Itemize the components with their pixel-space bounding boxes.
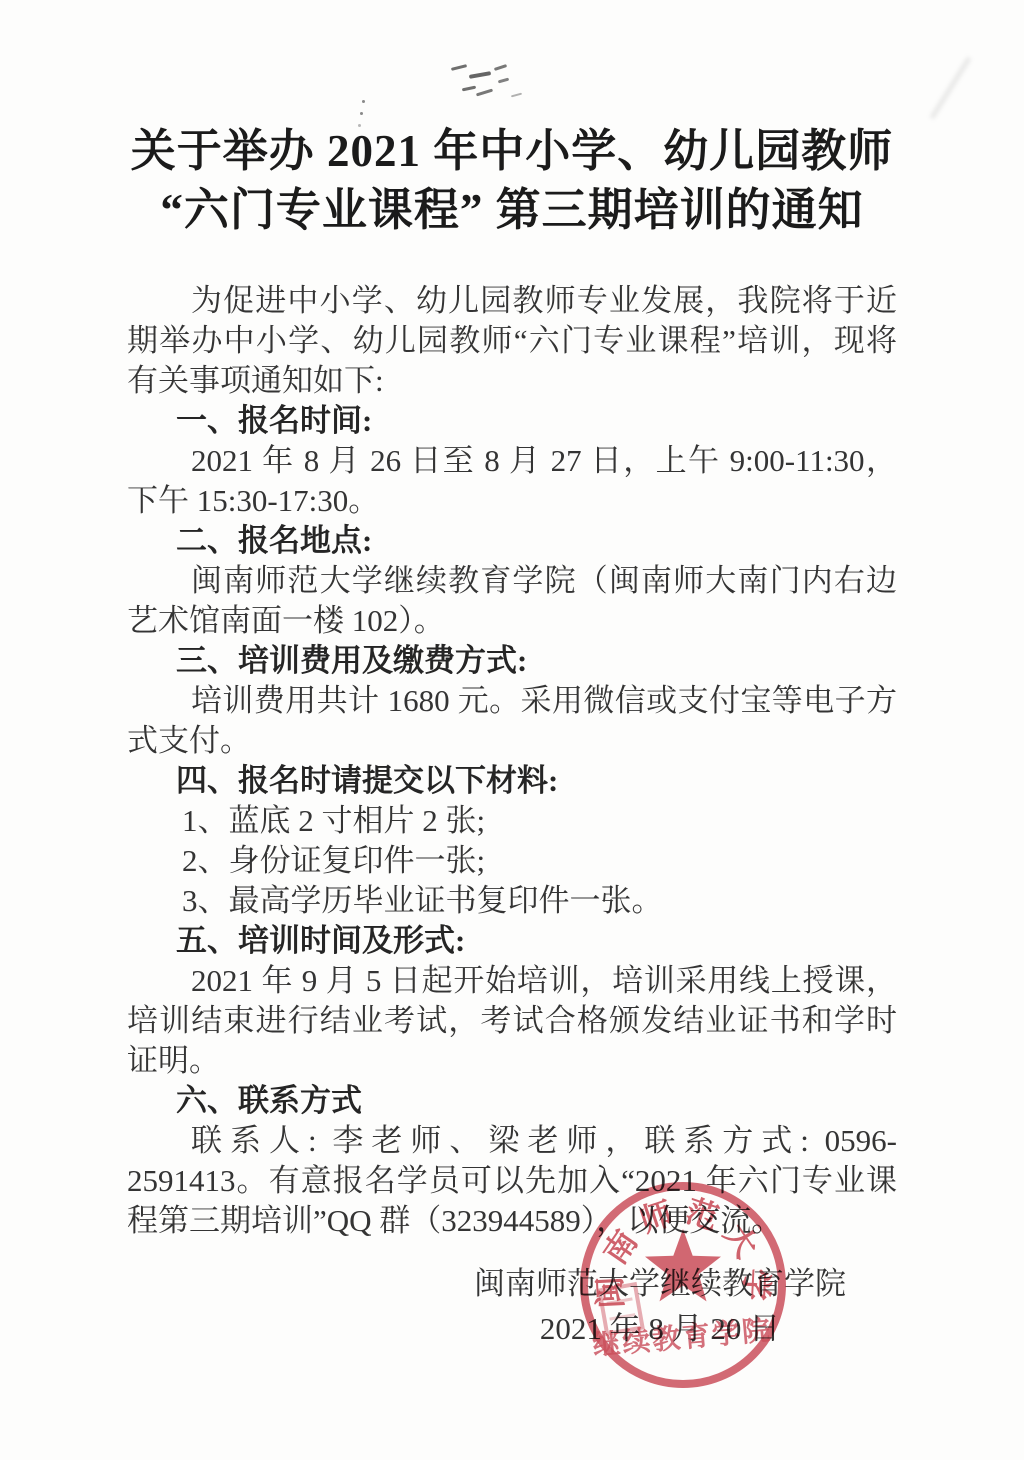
document-title: 关于举办 2021 年中小学、幼儿园教师 “六门专业课程” 第三期培训的通知 <box>0 122 1024 240</box>
intro-paragraph: 为促进中小学、幼儿园教师专业发展，我院将于近期举办中小学、幼儿园教师“六门专业课… <box>127 281 897 401</box>
section-4-heading: 四、报名时请提交以下材料: <box>127 761 897 801</box>
scan-corner-streak <box>929 56 971 120</box>
document-title-line1: 关于举办 2021 年中小学、幼儿园教师 <box>0 122 1024 181</box>
section-5-body: 2021 年 9 月 5 日起开始培训，培训采用线上授课，培训结束进行结业考试，… <box>127 961 897 1081</box>
section-4-item-2: 2、身份证复印件一张; <box>127 841 897 881</box>
scan-dot <box>362 100 365 103</box>
section-4-item-3: 3、最高学历毕业证书复印件一张。 <box>127 881 897 921</box>
scanned-notice-page: 关于举办 2021 年中小学、幼儿园教师 “六门专业课程” 第三期培训的通知 为… <box>0 0 1024 1460</box>
section-2-heading: 二、报名地点: <box>127 521 897 561</box>
scan-smudge <box>494 64 507 71</box>
section-5-heading: 五、培训时间及形式: <box>127 921 897 961</box>
section-3-heading: 三、培训费用及缴费方式: <box>127 641 897 681</box>
section-2-body: 闽南师范大学继续教育学院（闽南师大南门内右边艺术馆南面一楼 102）。 <box>127 561 897 641</box>
seal-bottom-text: 继续教育学院 <box>591 1313 773 1362</box>
official-seal-stamp: 闽南师范大学 继续教育学院 <box>575 1177 791 1393</box>
scan-dot <box>360 112 363 115</box>
section-1-heading: 一、报名时间: <box>127 401 897 441</box>
section-3-body: 培训费用共计 1680 元。采用微信或支付宝等电子方式支付。 <box>127 681 897 761</box>
document-body: 为促进中小学、幼儿园教师专业发展，我院将于近期举办中小学、幼儿园教师“六门专业课… <box>127 281 897 1241</box>
scan-smudge <box>451 64 467 71</box>
scan-smudge <box>511 93 522 98</box>
document-title-line2: “六门专业课程” 第三期培训的通知 <box>0 181 1024 240</box>
scan-smudge <box>462 86 476 92</box>
section-1-body: 2021 年 8 月 26 日至 8 月 27 日，上午 9:00-11:30，… <box>127 441 897 521</box>
section-6-heading: 六、联系方式 <box>127 1081 897 1121</box>
scan-smudge <box>476 89 493 97</box>
scan-smudge <box>498 78 509 84</box>
section-4-item-1: 1、蓝底 2 寸相片 2 张; <box>127 801 897 841</box>
scan-smudge <box>469 71 491 79</box>
star-icon <box>645 1229 721 1301</box>
